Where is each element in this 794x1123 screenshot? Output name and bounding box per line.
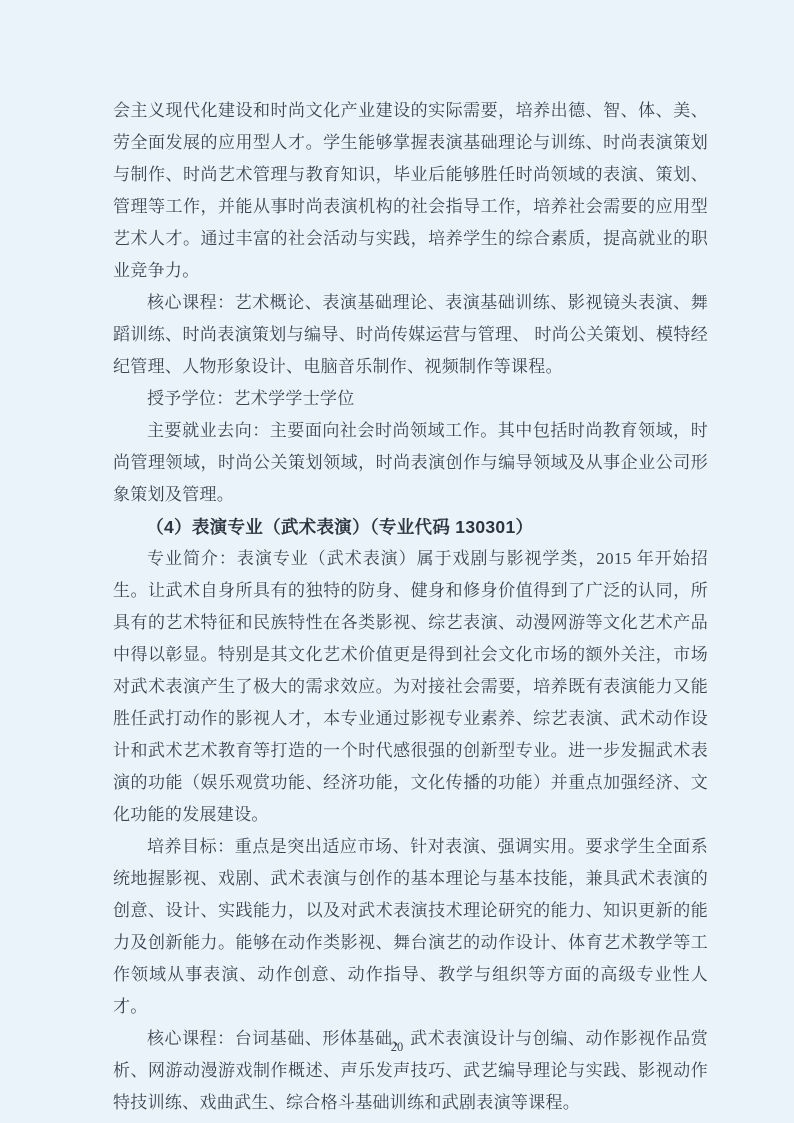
paragraph-core-courses-fashion: 核心课程：艺术概论、表演基础理论、表演基础训练、影视镜头表演、舞蹈训练、时尚表演…: [113, 287, 708, 383]
paragraph-continuation-fashion-performance: 会主义现代化建设和时尚文化产业建设的实际需要，培养出德、智、体、美、劳全面发展的…: [113, 95, 708, 287]
section-heading-wushu-performance-major: （4）表演专业（武术表演）（专业代码 130301）: [113, 511, 708, 543]
paragraph-core-courses-wushu: 核心课程：台词基础、形体基础、武术表演设计与创编、动作影视作品赏析、网游动漫游戏…: [113, 1023, 708, 1119]
paragraph-training-goal: 培养目标：重点是突出适应市场、针对表演、强调实用。要求学生全面系统地握影视、戏剧…: [113, 831, 708, 1023]
document-page: 会主义现代化建设和时尚文化产业建设的实际需要，培养出德、智、体、美、劳全面发展的…: [0, 0, 794, 1123]
paragraph-major-introduction: 专业简介：表演专业（武术表演）属于戏剧与影视学类，2015 年开始招生。让武术自…: [113, 543, 708, 831]
page-body-text: 会主义现代化建设和时尚文化产业建设的实际需要，培养出德、智、体、美、劳全面发展的…: [113, 95, 708, 1119]
page-number: 20: [0, 1040, 794, 1055]
paragraph-degree-awarded: 授予学位：艺术学学士学位: [113, 383, 708, 415]
paragraph-employment-direction: 主要就业去向：主要面向社会时尚领域工作。其中包括时尚教育领域，时尚管理领域，时尚…: [113, 415, 708, 511]
